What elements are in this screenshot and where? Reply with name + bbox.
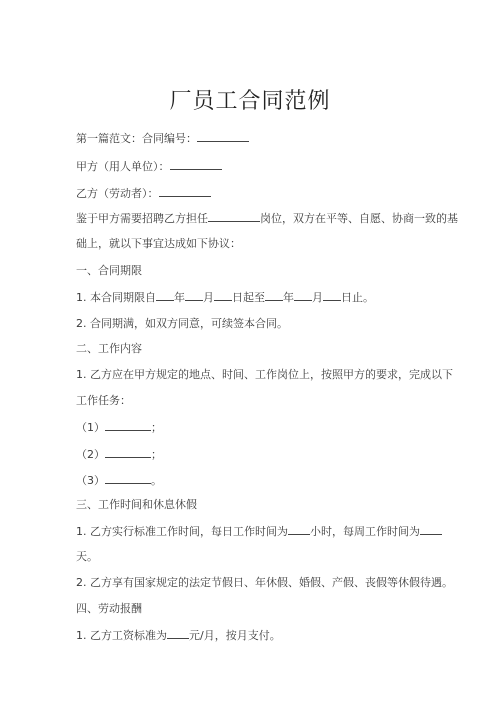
task-end: 。 xyxy=(151,474,162,487)
task-label: （3） xyxy=(76,474,105,487)
end-year-blank xyxy=(265,290,283,301)
clause-term-period: 1. 本合同期限自年月日起至年月日止。 xyxy=(76,290,374,305)
party-b-label: 乙方（劳动者）： xyxy=(76,187,159,200)
start-day-blank xyxy=(214,290,232,301)
salary-blank xyxy=(167,628,189,639)
contract-number-blank xyxy=(197,131,249,142)
clause-text: 年 xyxy=(174,291,185,304)
clause-text: 日止。 xyxy=(341,291,374,304)
clause-work-duties-line-1: 1. 乙方应在甲方规定的地点、时间、工作岗位上，按照甲方的要求，完成以下 xyxy=(76,368,453,382)
task-end: ； xyxy=(151,448,162,461)
task-item-1: （1）； xyxy=(76,420,162,435)
task-end: ； xyxy=(151,421,162,434)
section-heading-term: 一、合同期限 xyxy=(76,264,142,278)
task-item-3: （3）。 xyxy=(76,473,162,488)
party-a-line: 甲方（用人单位）： xyxy=(76,159,222,174)
start-month-blank xyxy=(185,290,203,301)
section-heading-working-hours: 三、工作时间和休息休假 xyxy=(76,498,197,512)
preamble-text: 鉴于甲方需要招聘乙方担任 xyxy=(76,212,208,225)
clause-text: 日起至 xyxy=(232,291,265,304)
clause-text: 元/月，按月支付。 xyxy=(189,629,281,642)
daily-hours-blank xyxy=(288,524,310,535)
section-heading-remuneration: 四、劳动报酬 xyxy=(76,602,142,616)
task-blank xyxy=(105,420,151,431)
position-blank xyxy=(208,211,260,222)
task-label: （2） xyxy=(76,448,105,461)
end-month-blank xyxy=(294,290,312,301)
document-page: 厂员工合同范例 第一篇范文：合同编号： 甲方（用人单位）： 乙方（劳动者）： 鉴… xyxy=(0,0,500,707)
weekly-days-blank xyxy=(420,524,442,535)
task-label: （1） xyxy=(76,421,105,434)
document-title: 厂员工合同范例 xyxy=(0,84,500,115)
contract-number-line: 第一篇范文：合同编号： xyxy=(76,131,249,146)
clause-holidays: 2. 乙方享有国家规定的法定节假日、年休假、婚假、产假、丧假等休假待遇。 xyxy=(76,576,453,590)
clause-salary: 1. 乙方工资标准为元/月，按月支付。 xyxy=(76,628,281,643)
preamble-text: 岗位，双方在平等、自愿、协商一致的基 xyxy=(260,212,458,225)
party-b-line: 乙方（劳动者）： xyxy=(76,186,211,201)
clause-text: 小时，每周工作时间为 xyxy=(310,525,420,538)
preamble-line-2: 础上，就以下事宜达成如下协议： xyxy=(76,237,241,251)
task-blank xyxy=(105,473,151,484)
party-a-blank xyxy=(170,159,222,170)
clause-standard-hours-line-2: 天。 xyxy=(76,550,98,564)
clause-text: 1. 乙方实行标准工作时间，每日工作时间为 xyxy=(76,525,288,538)
clause-text: 年 xyxy=(283,291,294,304)
clause-text: 月 xyxy=(203,291,214,304)
clause-text: 1. 乙方工资标准为 xyxy=(76,629,167,642)
task-item-2: （2）； xyxy=(76,447,162,462)
party-b-blank xyxy=(159,186,211,197)
clause-standard-hours: 1. 乙方实行标准工作时间，每日工作时间为小时，每周工作时间为 xyxy=(76,524,442,539)
contract-number-label: 第一篇范文：合同编号： xyxy=(76,132,197,145)
start-year-blank xyxy=(156,290,174,301)
clause-text: 1. 本合同期限自 xyxy=(76,291,156,304)
party-a-label: 甲方（用人单位）： xyxy=(76,160,170,173)
preamble-line-1: 鉴于甲方需要招聘乙方担任岗位，双方在平等、自愿、协商一致的基 xyxy=(76,211,458,226)
end-day-blank xyxy=(323,290,341,301)
clause-work-duties-line-2: 工作任务： xyxy=(76,394,131,408)
clause-renewal: 2. 合同期满，如双方同意，可续签本合同。 xyxy=(76,317,288,331)
section-heading-work-content: 二、工作内容 xyxy=(76,342,142,356)
clause-text: 月 xyxy=(312,291,323,304)
task-blank xyxy=(105,447,151,458)
